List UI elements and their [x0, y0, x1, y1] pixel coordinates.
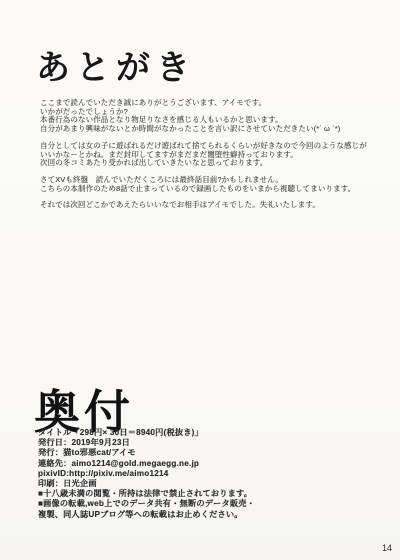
- afterword-paragraph: 自分としては女の子に遊ばれるだけ遊ばれて捨てられるくらいが好きなので今回のような…: [40, 142, 370, 168]
- colophon-legal-notice: ■十八歳未満の閲覧・所持は法律で禁止されております。: [38, 489, 378, 499]
- colophon-pixiv-url: pixivID:http://pixiv.me/aimo1214: [38, 469, 378, 479]
- page-number: 14: [382, 543, 392, 553]
- colophon-publish-date: 発行日：2019年9月23日: [38, 438, 378, 448]
- afterword-line: それでは次回どこかであえたらいいなでお相手はアイモでした。失礼いたします。: [40, 201, 370, 210]
- afterword-line: 自分があまり興味がないとか時間がなかったことを言い訳にさせていただきたい(*´ …: [40, 125, 370, 134]
- afterword-line: こちらの本制作のため8話で止まっているので録画したものをいまから視聴してまいりま…: [40, 185, 370, 194]
- scanned-doujinshi-page: あとがき ここまで読んでいただき誠にありがとうございます、アイモです。 いかがだ…: [0, 0, 400, 560]
- colophon-publisher: 発行：猫to邪悪cat/アイモ: [38, 448, 378, 458]
- colophon-book-title: タイトル「298円× 30日＝8940円(税抜き)」: [38, 428, 378, 438]
- afterword-title: あとがき: [36, 40, 196, 89]
- afterword-body: ここまで読んでいただき誠にありがとうございます、アイモです。 いかがだったでしょ…: [40, 99, 370, 218]
- afterword-paragraph: さてXVも終盤 読んでいただくころには最終話目前?かもしれません。 こちらの本制…: [40, 176, 370, 193]
- afterword-paragraph: ここまで読んでいただき誠にありがとうございます、アイモです。 いかがだったでしょ…: [40, 99, 370, 134]
- colophon-info: タイトル「298円× 30日＝8940円(税抜き)」 発行日：2019年9月23…: [38, 428, 378, 520]
- colophon-legal-notice: ■画像の転載,web上でのデータ共有・無断のデータ販売・: [38, 499, 378, 509]
- colophon-legal-notice: 複製、同人誌UPブログ等への転載はお止めください。: [38, 510, 378, 520]
- afterword-line: 次回の冬コミあたり受かれば出していきたいなと思っております。: [40, 159, 370, 168]
- afterword-paragraph: それでは次回どこかであえたらいいなでお相手はアイモでした。失礼いたします。: [40, 201, 370, 210]
- colophon-contact-email: 連絡先：aimo1214@gold.megaegg.ne.jp: [38, 459, 378, 469]
- colophon-printer: 印刷：日光企画: [38, 479, 378, 489]
